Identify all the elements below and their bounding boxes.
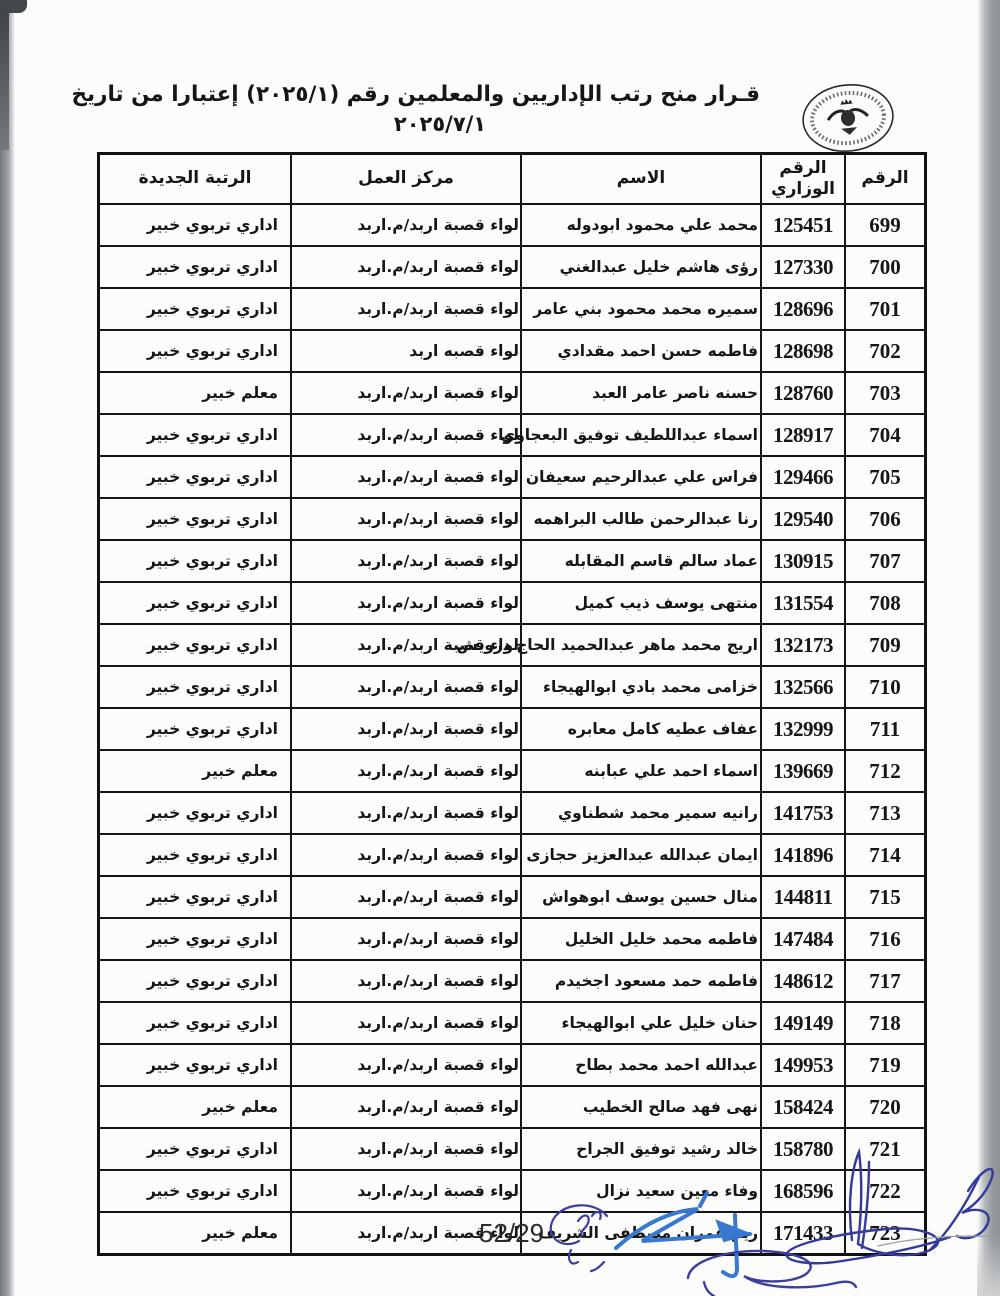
scan-edge-left-dark — [0, 0, 9, 150]
work-center-cell: لواء قصبة اربد/م.اربد — [291, 456, 521, 498]
table-row: 719149953عبدالله احمد محمد بطاحلواء قصبة… — [99, 1044, 926, 1086]
table-row: 714141896ايمان عبدالله عبدالعزيز حجازىلو… — [99, 834, 926, 876]
table-header-row: الرقمالرقم الوزاريالاسممركز العملالرتبة … — [99, 154, 926, 205]
table-row: 706129540رنا عبدالرحمن طالب البراهمهلواء… — [99, 498, 926, 540]
row-number-cell: 704 — [845, 414, 926, 456]
name-cell: رنا عبدالرحمن طالب البراهمه — [521, 498, 761, 540]
table-row: 702128698فاطمه حسن احمد مقداديلواء قصبه … — [99, 330, 926, 372]
table-row: 722168596وفاء معين سعيد نزاللواء قصبة ار… — [99, 1170, 926, 1212]
name-cell: محمد علي محمود ابودوله — [521, 204, 761, 246]
work-center-cell: لواء قصبة اربد/م.اربد — [291, 246, 521, 288]
table-row: 712139669اسماء احمد علي عبابنهلواء قصبة … — [99, 750, 926, 792]
new-rank-cell: اداري تربوي خبير — [99, 456, 292, 498]
new-rank-cell: اداري تربوي خبير — [99, 330, 292, 372]
ministry-number-cell: 128760 — [761, 372, 845, 414]
new-rank-cell: اداري تربوي خبير — [99, 624, 292, 666]
work-center-cell: لواء قصبة اربد/م.اربد — [291, 666, 521, 708]
work-center-cell: لواء قصبة اربد/م.اربد — [291, 960, 521, 1002]
new-rank-cell: اداري تربوي خبير — [99, 708, 292, 750]
new-rank-cell: اداري تربوي خبير — [99, 414, 292, 456]
new-rank-cell: اداري تربوي خبير — [99, 540, 292, 582]
work-center-cell: لواء قصبة اربد/م.اربد — [291, 750, 521, 792]
name-cell: اسماء احمد علي عبابنه — [521, 750, 761, 792]
table-row: 700127330رؤى هاشم خليل عبدالغنيلواء قصبة… — [99, 246, 926, 288]
name-cell: حسنه ناصر عامر العبد — [521, 372, 761, 414]
table-row: 711132999عفاف عطيه كامل معابرهلواء قصبة … — [99, 708, 926, 750]
new-rank-cell: معلم خبير — [99, 1086, 292, 1128]
work-center-cell: لواء قصبة اربد/م.اربد — [291, 834, 521, 876]
ministry-number-cell: 141753 — [761, 792, 845, 834]
ministry-seal-logo — [798, 80, 898, 156]
new-rank-cell: اداري تربوي خبير — [99, 666, 292, 708]
name-cell: منال حسين يوسف ابوهواش — [521, 876, 761, 918]
work-center-cell: لواء قصبة اربد/م.اربد — [291, 540, 521, 582]
work-center-cell: لواء قصبة اربد/م.اربد — [291, 1002, 521, 1044]
work-center-cell: لواء قصبة اربد/م.اربد — [291, 1128, 521, 1170]
table-row: 720158424نهى فهد صالح الخطيبلواء قصبة ار… — [99, 1086, 926, 1128]
row-number-cell: 720 — [845, 1086, 926, 1128]
ministry-number-cell: 131554 — [761, 582, 845, 624]
new-rank-cell: اداري تربوي خبير — [99, 498, 292, 540]
row-number-cell: 716 — [845, 918, 926, 960]
row-number-cell: 721 — [845, 1128, 926, 1170]
name-cell: سميره محمد محمود بني عامر — [521, 288, 761, 330]
row-number-cell: 719 — [845, 1044, 926, 1086]
ministry-number-cell: 130915 — [761, 540, 845, 582]
name-cell: عبدالله احمد محمد بطاح — [521, 1044, 761, 1086]
signature-loop-center — [688, 1251, 856, 1296]
name-cell: فاطمه حسن احمد مقدادي — [521, 330, 761, 372]
new-rank-cell: اداري تربوي خبير — [99, 960, 292, 1002]
promotion-roster-table: الرقمالرقم الوزاريالاسممركز العملالرتبة … — [97, 152, 927, 1256]
name-cell: وفاء معين سعيد نزال — [521, 1170, 761, 1212]
name-cell: عماد سالم قاسم المقابله — [521, 540, 761, 582]
table-row: 707130915عماد سالم قاسم المقابلهلواء قصب… — [99, 540, 926, 582]
work-center-cell: لواء قصبة اربد/م.اربد — [291, 1170, 521, 1212]
table-row: 713141753رانيه سمير محمد شطناويلواء قصبة… — [99, 792, 926, 834]
row-number-cell: 722 — [845, 1170, 926, 1212]
row-number-cell: 715 — [845, 876, 926, 918]
ministry-number-cell: 141896 — [761, 834, 845, 876]
new-rank-cell: معلم خبير — [99, 1212, 292, 1255]
row-number-cell: 709 — [845, 624, 926, 666]
column-header: الرقم — [845, 154, 926, 205]
document-title-line2: ٢٠٢٥/٧/١ — [120, 110, 760, 139]
table-row: 704128917اسماء عبداللطيف توفيق البعجاويل… — [99, 414, 926, 456]
column-header: الرتبة الجديدة — [99, 154, 292, 205]
name-cell: اريج محمد ماهر عبدالحميد الحاج درويش — [521, 624, 761, 666]
table-row: 701128696سميره محمد محمود بني عامرلواء ق… — [99, 288, 926, 330]
column-header: الرقم الوزاري — [761, 154, 845, 205]
ministry-number-cell: 171433 — [761, 1212, 845, 1255]
ministry-number-cell: 128917 — [761, 414, 845, 456]
table-row: 717148612فاطمه حمد مسعود اجخيدملواء قصبة… — [99, 960, 926, 1002]
row-number-cell: 718 — [845, 1002, 926, 1044]
ministry-number-cell: 149953 — [761, 1044, 845, 1086]
name-cell: خالد رشيد توفيق الجراح — [521, 1128, 761, 1170]
work-center-cell: لواء قصبة اربد/م.اربد — [291, 498, 521, 540]
table-row: 709132173اريج محمد ماهر عبدالحميد الحاج … — [99, 624, 926, 666]
work-center-cell: لواء قصبة اربد/م.اربد — [291, 1086, 521, 1128]
row-number-cell: 712 — [845, 750, 926, 792]
name-cell: فاطمه محمد خليل الخليل — [521, 918, 761, 960]
row-number-cell: 701 — [845, 288, 926, 330]
ministry-number-cell: 147484 — [761, 918, 845, 960]
name-cell: خزامى محمد بادي ابوالهيجاء — [521, 666, 761, 708]
work-center-cell: لواء قصبة اربد/م.اربد — [291, 624, 521, 666]
table-row: 705129466فراس علي عبدالرحيم سعيفانلواء ق… — [99, 456, 926, 498]
work-center-cell: لواء قصبة اربد/م.اربد — [291, 708, 521, 750]
work-center-cell: لواء قصبة اربد/م.اربد — [291, 1044, 521, 1086]
ministry-number-cell: 158424 — [761, 1086, 845, 1128]
row-number-cell: 713 — [845, 792, 926, 834]
row-number-cell: 705 — [845, 456, 926, 498]
ministry-number-cell: 139669 — [761, 750, 845, 792]
ministry-number-cell: 144811 — [761, 876, 845, 918]
name-cell: حنان خليل علي ابوالهيجاء — [521, 1002, 761, 1044]
table-row: 708131554منتهى يوسف ذيب كميللواء قصبة ار… — [99, 582, 926, 624]
ministry-number-cell: 128696 — [761, 288, 845, 330]
ministry-number-cell: 128698 — [761, 330, 845, 372]
new-rank-cell: اداري تربوي خبير — [99, 1170, 292, 1212]
name-cell: رانيه سمير محمد شطناوي — [521, 792, 761, 834]
row-number-cell: 700 — [845, 246, 926, 288]
row-number-cell: 723 — [845, 1212, 926, 1255]
row-number-cell: 708 — [845, 582, 926, 624]
new-rank-cell: اداري تربوي خبير — [99, 246, 292, 288]
new-rank-cell: اداري تربوي خبير — [99, 918, 292, 960]
row-number-cell: 702 — [845, 330, 926, 372]
new-rank-cell: اداري تربوي خبير — [99, 876, 292, 918]
row-number-cell: 710 — [845, 666, 926, 708]
table-row: 718149149حنان خليل علي ابوالهيجاءلواء قص… — [99, 1002, 926, 1044]
ministry-number-cell: 129466 — [761, 456, 845, 498]
table-row: 699125451محمد علي محمود ابودولهلواء قصبة… — [99, 204, 926, 246]
ministry-number-cell: 129540 — [761, 498, 845, 540]
row-number-cell: 714 — [845, 834, 926, 876]
new-rank-cell: معلم خبير — [99, 750, 292, 792]
ministry-number-cell: 132999 — [761, 708, 845, 750]
new-rank-cell: معلم خبير — [99, 372, 292, 414]
new-rank-cell: اداري تربوي خبير — [99, 288, 292, 330]
work-center-cell: لواء قصبة اربد/م.اربد — [291, 792, 521, 834]
work-center-cell: لواء قصبة اربد/م.اربد — [291, 288, 521, 330]
ministry-number-cell: 127330 — [761, 246, 845, 288]
name-cell: ريم عمران مصطفى الشريف — [521, 1212, 761, 1255]
new-rank-cell: اداري تربوي خبير — [99, 1044, 292, 1086]
column-header: مركز العمل — [291, 154, 521, 205]
document-title-line1: قـرار منح رتب الإداريين والمعلمين رقم (٢… — [120, 80, 760, 110]
name-cell: منتهى يوسف ذيب كميل — [521, 582, 761, 624]
table-row: 710132566خزامى محمد بادي ابوالهيجاءلواء … — [99, 666, 926, 708]
work-center-cell: لواء قصبة اربد/م.اربد — [291, 918, 521, 960]
ministry-number-cell: 125451 — [761, 204, 845, 246]
name-cell: ايمان عبدالله عبدالعزيز حجازى — [521, 834, 761, 876]
name-cell: فراس علي عبدالرحيم سعيفان — [521, 456, 761, 498]
scan-edge-right-fade — [977, 1236, 1000, 1296]
ministry-number-cell: 148612 — [761, 960, 845, 1002]
scan-edge-left — [0, 0, 15, 1296]
table-row: 721158780خالد رشيد توفيق الجراحلواء قصبة… — [99, 1128, 926, 1170]
new-rank-cell: اداري تربوي خبير — [99, 204, 292, 246]
new-rank-cell: اداري تربوي خبير — [99, 1128, 292, 1170]
scanned-document-page: قـرار منح رتب الإداريين والمعلمين رقم (٢… — [0, 0, 1000, 1296]
name-cell: عفاف عطيه كامل معابره — [521, 708, 761, 750]
row-number-cell: 707 — [845, 540, 926, 582]
row-number-cell: 717 — [845, 960, 926, 1002]
row-number-cell: 703 — [845, 372, 926, 414]
work-center-cell: لواء قصبة اربد/م.اربد — [291, 414, 521, 456]
table-row: 716147484فاطمه محمد خليل الخليللواء قصبة… — [99, 918, 926, 960]
scan-corner-mark — [0, 0, 27, 13]
name-cell: اسماء عبداللطيف توفيق البعجاوي — [521, 414, 761, 456]
work-center-cell: لواء قصبه اربد — [291, 330, 521, 372]
column-header: الاسم — [521, 154, 761, 205]
row-number-cell: 711 — [845, 708, 926, 750]
ministry-number-cell: 149149 — [761, 1002, 845, 1044]
name-cell: نهى فهد صالح الخطيب — [521, 1086, 761, 1128]
new-rank-cell: اداري تربوي خبير — [99, 1002, 292, 1044]
row-number-cell: 706 — [845, 498, 926, 540]
work-center-cell: لواء قصبة اربد/م.اربد — [291, 582, 521, 624]
ministry-number-cell: 158780 — [761, 1128, 845, 1170]
row-number-cell: 699 — [845, 204, 926, 246]
work-center-cell: لواء قصبة اربد/م.اربد — [291, 372, 521, 414]
work-center-cell: لواء قصبة اربد/م.اربد — [291, 204, 521, 246]
table-row: 703128760حسنه ناصر عامر العبدلواء قصبة ا… — [99, 372, 926, 414]
table-row: 715144811منال حسين يوسف ابوهواشلواء قصبة… — [99, 876, 926, 918]
page-number: 52/29 — [479, 1218, 544, 1249]
ministry-number-cell: 132566 — [761, 666, 845, 708]
document-title: قـرار منح رتب الإداريين والمعلمين رقم (٢… — [120, 80, 760, 139]
name-cell: فاطمه حمد مسعود اجخيدم — [521, 960, 761, 1002]
new-rank-cell: اداري تربوي خبير — [99, 834, 292, 876]
scan-edge-right — [977, 0, 1000, 1296]
work-center-cell: لواء قصبة اربد/م.اربد — [291, 876, 521, 918]
ministry-number-cell: 132173 — [761, 624, 845, 666]
ministry-number-cell: 168596 — [761, 1170, 845, 1212]
new-rank-cell: اداري تربوي خبير — [99, 582, 292, 624]
new-rank-cell: اداري تربوي خبير — [99, 792, 292, 834]
name-cell: رؤى هاشم خليل عبدالغني — [521, 246, 761, 288]
